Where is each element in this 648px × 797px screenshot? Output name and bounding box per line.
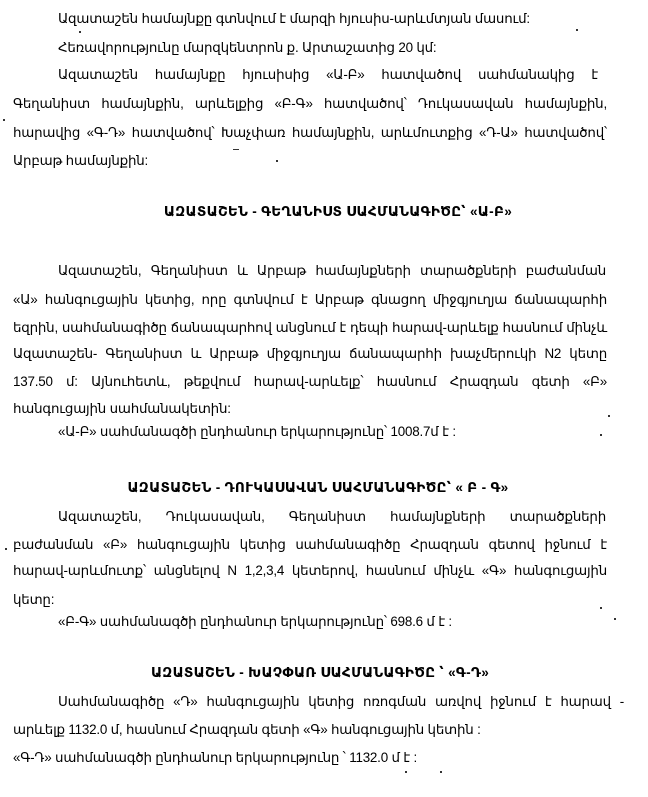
- section-line: բաժանման «Բ» հանգուցային կետից սահմանագի…: [13, 537, 607, 553]
- section-line: Սահմանագիծը «Դ» հանգուցային կետից ոռոգմա…: [58, 694, 624, 710]
- scan-speck: [614, 618, 616, 620]
- section-line: հարավ-արևմուտք՝ անցնելով N 1,2,3,4 կետեր…: [13, 563, 607, 579]
- section-summary: «Ա-Բ» սահմանագծի ընդհանուր երկարությունը…: [58, 424, 623, 440]
- scan-speck: [576, 29, 578, 31]
- scan-speck: [440, 771, 442, 773]
- intro-line: հարավից «Գ-Դ» հատվածով՝ Խաչփառ համայնքին…: [13, 125, 607, 141]
- section-line: Ազատաշեն, Գեղանիստ և Արբաթ համայնքների տ…: [58, 263, 606, 279]
- section-summary: «Բ-Գ» սահմանագծի ընդհանուր երկարությունը…: [58, 614, 623, 630]
- intro-line: Գեղանիստ համայնքին, արևելքից «Բ-Գ» հատվա…: [13, 96, 607, 112]
- intro-line: Ազատաշեն համայնքը գտնվում է մարզի հյուսի…: [58, 11, 623, 27]
- section-line: եզրին, սահմանագիծը ճանապարհով անցնում է …: [13, 320, 607, 336]
- intro-line: Արբաթ համայնքին:: [13, 153, 623, 169]
- document-page: Ազատաշեն համայնքը գտնվում է մարզի հյուսի…: [0, 0, 648, 797]
- section-line: 137.50 մ: Այնուհետև, թեքվում հարավ-արևել…: [13, 374, 607, 390]
- section-line: կետը:: [13, 592, 623, 608]
- section-line: հանգուցային սահմանակետին:: [13, 401, 623, 417]
- intro-line: Ազատաշեն համայնքը հյուսիսից «Ա-Բ» հատված…: [58, 67, 598, 83]
- scan-speck: [600, 607, 602, 609]
- scan-speck: [600, 434, 602, 436]
- scan-speck: [79, 31, 81, 33]
- section-summary: «Գ-Դ» սահմանագծի ընդհանուր երկարությունը…: [13, 750, 623, 766]
- section-line: Ազատաշեն, Դուկասավան, Գեղանիստ համայնքնե…: [58, 509, 606, 525]
- section-line: «Ա» հանգուցային կետից, որը գտնվում է Արբ…: [13, 292, 607, 308]
- section-line: արևելք 1132.0 մ, հասնում Հրազդան գետի «Գ…: [13, 722, 623, 738]
- scan-speck: [405, 771, 407, 773]
- scan-speck: [3, 119, 5, 121]
- section-heading: ԱԶԱՏԱՇԵՆ - ԽԱՉՓԱՌ ՍԱՀՄԱՆԱԳԻԾԸ ՝ «Գ-Դ»: [0, 665, 644, 681]
- scan-speck: [608, 415, 610, 417]
- section-line: Ազատաշեն- Գեղանիստ և Արբաթ միջգյուղյա ճա…: [13, 346, 607, 362]
- scan-speck: [5, 548, 7, 550]
- section-heading: ԱԶԱՏԱՇԵՆ - ԳԵՂԱՆԻՍՏ ՍԱՀՄԱՆԱԳԻԾԸ՝ «Ա-Բ»: [14, 204, 648, 220]
- scan-speck: [233, 149, 239, 150]
- section-heading: ԱԶԱՏԱՇԵՆ - ԴՈՒԿԱՍԱՎԱՆ ՍԱՀՄԱՆԱԳԻԾԸ՝ « Բ -…: [0, 480, 642, 496]
- scan-speck: [276, 160, 278, 162]
- intro-line: Հեռավորությունը մարզկենտրոն ք. Արտաշատից…: [58, 40, 623, 56]
